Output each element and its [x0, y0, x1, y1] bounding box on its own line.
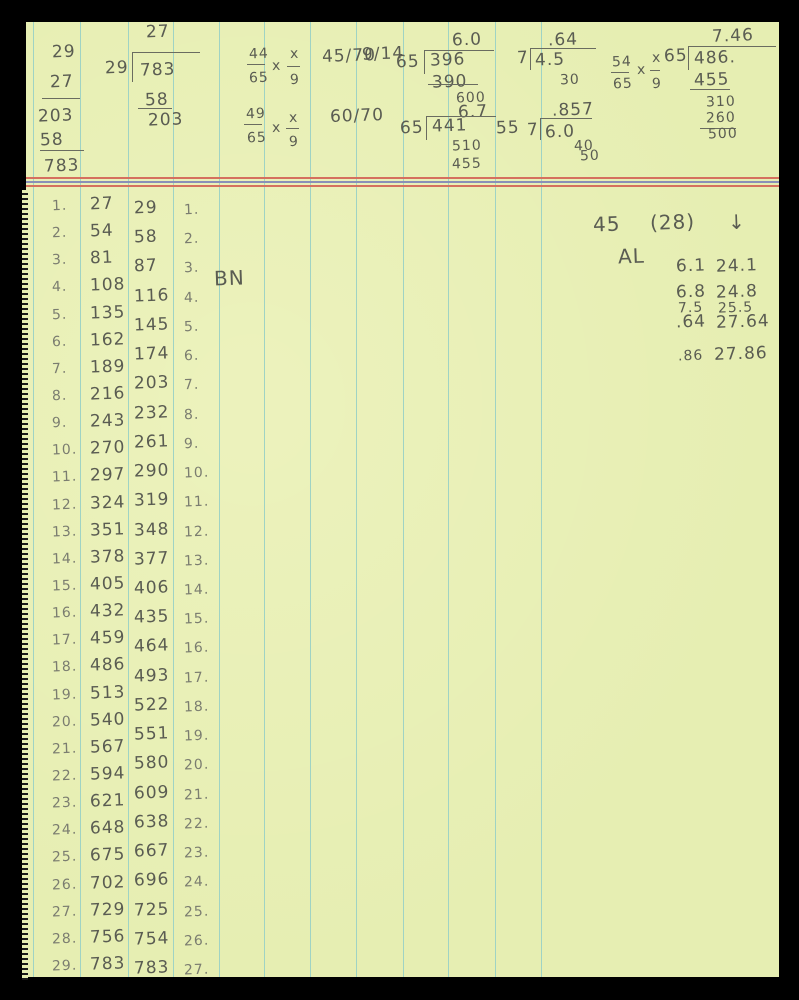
div-b-dividend: 441	[432, 115, 468, 136]
row-index-left: 2.	[52, 225, 68, 242]
multiple-27-cell: 459	[90, 628, 126, 649]
pair-b: 24.1	[716, 255, 759, 276]
frac2-xnum: x	[289, 110, 299, 126]
row-index-right: 6.	[184, 348, 200, 365]
row-index-left: 4.	[52, 279, 68, 296]
multiple-29-cell: 406	[134, 577, 170, 598]
row-index-left: 6.	[52, 333, 68, 350]
row-index-left: 1.	[52, 198, 68, 215]
multiple-27-cell: 513	[90, 682, 126, 703]
div-b-side: 55	[496, 118, 520, 139]
div-c-divisor: 7	[517, 48, 530, 68]
multiple-29-cell: 696	[134, 870, 170, 891]
row-index-right: 12.	[184, 523, 210, 540]
column-line	[80, 22, 81, 977]
multiple-29-cell: 145	[134, 314, 170, 335]
row-index-left: 18.	[52, 659, 78, 676]
frac3-den: 65	[613, 76, 633, 93]
multiple-29-cell: 522	[134, 694, 170, 715]
multiple-27-cell: 243	[90, 411, 126, 432]
row-index-left: 29.	[52, 958, 78, 975]
multiple-29-cell: 87	[134, 256, 158, 277]
multiple-27-cell: 81	[90, 248, 114, 269]
column-line	[356, 22, 357, 977]
multiple-29-cell: 261	[134, 431, 170, 452]
multiple-27-cell: 216	[90, 383, 126, 404]
row-index-right: 7.	[184, 377, 200, 394]
multiple-27-cell: 270	[90, 438, 126, 459]
row-index-left: 24.	[52, 822, 78, 839]
row-index-right: 10.	[184, 465, 210, 482]
row-index-left: 8.	[52, 388, 68, 405]
row-index-left: 7.	[52, 361, 68, 378]
row-index-left: 21.	[52, 740, 78, 757]
row-index-left: 13.	[52, 523, 78, 540]
top-number: 45	[593, 212, 621, 237]
frac1-xnum: x	[290, 46, 300, 62]
multiple-27-cell: 54	[90, 221, 114, 242]
header-rule-red	[26, 177, 779, 179]
bn-label: BN	[214, 265, 246, 290]
torn-edge	[22, 190, 28, 980]
frac1-xden: 9	[290, 72, 300, 88]
pair-a: .86	[678, 348, 704, 365]
row-index-right: 2.	[184, 231, 200, 248]
pair-a: .64	[676, 311, 707, 332]
div-d-step2: 50	[580, 148, 600, 165]
multiple-27-cell: 621	[90, 791, 126, 812]
multiple-27-cell: 702	[90, 872, 126, 893]
div1-step2: 203	[148, 109, 184, 130]
mult-partial2: 58	[40, 130, 64, 151]
column-line	[403, 22, 404, 977]
row-index-left: 20.	[52, 713, 78, 730]
row-index-right: 20.	[184, 757, 210, 774]
multiple-29-cell: 58	[134, 227, 158, 248]
div-e-step3: 260	[706, 109, 736, 126]
multiple-29-cell: 580	[134, 753, 170, 774]
multiple-29-cell: 319	[134, 490, 170, 511]
multiple-27-cell: 783	[90, 953, 126, 974]
column-line	[33, 22, 34, 977]
div-e-step1: 455	[694, 69, 730, 90]
row-index-left: 14.	[52, 550, 78, 567]
row-index-left: 22.	[52, 768, 78, 785]
row-index-right: 23.	[184, 845, 210, 862]
multiple-27-cell: 405	[90, 573, 126, 594]
row-index-left: 23.	[52, 795, 78, 812]
multiple-29-cell: 754	[134, 928, 170, 949]
row-index-right: 27.	[184, 962, 210, 979]
column-line	[264, 22, 265, 977]
row-index-left: 5.	[52, 306, 68, 323]
al-label: AL	[618, 244, 646, 269]
row-index-left: 12.	[52, 496, 78, 513]
row-index-left: 28.	[52, 930, 78, 947]
multiple-27-cell: 567	[90, 736, 126, 757]
multiple-29-cell: 116	[134, 285, 170, 306]
multiple-29-cell: 29	[134, 198, 158, 219]
div-a-quotient: 6.0	[452, 29, 483, 50]
row-index-right: 13.	[184, 552, 210, 569]
multiple-27-cell: 756	[90, 926, 126, 947]
down-arrow-icon: ↓	[728, 210, 747, 235]
row-index-right: 9.	[184, 436, 200, 453]
row-index-left: 3.	[52, 252, 68, 269]
frac2-den: 65	[247, 130, 267, 147]
header-rule-red	[26, 185, 779, 187]
multiple-29-cell: 667	[134, 840, 170, 861]
div-a-dividend: 396	[430, 49, 466, 70]
row-index-right: 3.	[184, 260, 200, 277]
multiple-29-cell: 377	[134, 548, 170, 569]
row-index-right: 14.	[184, 582, 210, 599]
row-index-right: 17.	[184, 669, 210, 686]
div-e-step2: 310	[706, 93, 736, 110]
paren-value: (28)	[650, 209, 696, 235]
row-index-right: 18.	[184, 698, 210, 715]
column-line	[310, 22, 311, 977]
multiple-29-cell: 348	[134, 519, 170, 540]
row-index-left: 15.	[52, 578, 78, 595]
row-index-left: 16.	[52, 605, 78, 622]
div-d-dividend: 6.0	[545, 121, 576, 142]
column-line	[128, 22, 129, 977]
row-index-left: 17.	[52, 632, 78, 649]
mult-partial1: 203	[38, 105, 74, 126]
multiple-27-cell: 378	[90, 546, 126, 567]
frac2-op: x	[272, 120, 282, 136]
frac2-xden: 9	[289, 134, 299, 150]
multiple-29-cell: 638	[134, 811, 170, 832]
frac1-den: 65	[249, 70, 269, 87]
multiple-27-cell: 648	[90, 818, 126, 839]
mult-b: 27	[50, 72, 74, 93]
multiple-27-cell: 675	[90, 845, 126, 866]
multiple-27-cell: 351	[90, 519, 126, 540]
multiple-27-cell: 297	[90, 465, 126, 486]
row-index-left: 27.	[52, 903, 78, 920]
row-index-right: 16.	[184, 640, 210, 657]
row-index-right: 15.	[184, 611, 210, 628]
div-b-divisor: 65	[400, 118, 424, 139]
row-index-left: 19.	[52, 686, 78, 703]
multiple-27-cell: 486	[90, 655, 126, 676]
div-c-step1: 30	[560, 72, 580, 89]
multiple-29-cell: 725	[134, 899, 170, 920]
div-a-divisor: 65	[396, 52, 420, 73]
multiple-27-cell: 189	[90, 356, 126, 377]
row-index-left: 11.	[52, 469, 78, 486]
column-line	[448, 22, 449, 977]
frac3-num: 54	[612, 54, 632, 71]
column-line	[495, 22, 496, 977]
multiple-27-cell: 432	[90, 601, 126, 622]
multiple-27-cell: 729	[90, 899, 126, 920]
multiple-27-cell: 27	[90, 194, 114, 215]
row-index-right: 11.	[184, 494, 210, 511]
multiple-27-cell: 108	[90, 275, 126, 296]
div-e-divisor: 65	[664, 46, 688, 67]
row-index-right: 25.	[184, 903, 210, 920]
multiple-29-cell: 290	[134, 460, 170, 481]
multiple-27-cell: 324	[90, 492, 126, 513]
div-d-divisor: 7	[527, 120, 540, 140]
column-line	[219, 22, 220, 977]
row-index-right: 8.	[184, 406, 200, 423]
multiple-29-cell: 174	[134, 344, 170, 365]
row-index-right: 21.	[184, 786, 210, 803]
multiple-29-cell: 435	[134, 607, 170, 628]
frac3-xden: 9	[652, 76, 662, 92]
frac3-op: x	[637, 62, 647, 78]
multiple-29-cell: 783	[134, 957, 170, 978]
ratio-60-70: 60/70	[330, 105, 385, 127]
row-index-right: 1.	[184, 202, 200, 219]
div1-quotient: 27	[146, 22, 170, 43]
div-c-dividend: 4.5	[535, 49, 566, 70]
frac3-xnum: x	[652, 50, 662, 66]
multiple-27-cell: 135	[90, 302, 126, 323]
frac1-num: 44	[249, 46, 269, 63]
row-index-right: 5.	[184, 319, 200, 336]
multiple-29-cell: 232	[134, 402, 170, 423]
multiple-29-cell: 551	[134, 724, 170, 745]
frac2-num: 49	[246, 106, 266, 123]
pair-a: 6.1	[676, 255, 707, 276]
multiple-27-cell: 162	[90, 329, 126, 350]
row-index-right: 26.	[184, 932, 210, 949]
header-rule-blue	[26, 181, 779, 183]
div-e-dividend: 486.	[694, 47, 737, 68]
pair-b: 27.64	[716, 311, 770, 333]
row-index-right: 24.	[184, 874, 210, 891]
mult-a: 29	[52, 42, 76, 63]
div1-dividend: 783	[140, 59, 176, 80]
div-e-quotient: 7.46	[712, 25, 755, 46]
pair-b: 27.86	[714, 343, 768, 365]
row-index-right: 19.	[184, 728, 210, 745]
mult-result: 783	[44, 155, 80, 176]
multiple-29-cell: 464	[134, 636, 170, 657]
row-index-left: 10.	[52, 442, 78, 459]
div-b-step1: 510	[452, 137, 482, 154]
multiple-29-cell: 609	[134, 782, 170, 803]
row-index-left: 9.	[52, 415, 68, 432]
row-index-right: 22.	[184, 815, 210, 832]
row-index-left: 25.	[52, 849, 78, 866]
div1-divisor: 29	[105, 58, 129, 79]
div-b-step2: 455	[452, 155, 482, 172]
row-index-right: 4.	[184, 289, 200, 306]
multiple-29-cell: 203	[134, 373, 170, 394]
column-line	[541, 22, 542, 977]
frac1-op: x	[272, 58, 282, 74]
multiple-29-cell: 493	[134, 665, 170, 686]
div-e-step4: 500	[708, 125, 738, 142]
column-line	[173, 22, 174, 977]
multiple-27-cell: 594	[90, 763, 126, 784]
row-index-left: 26.	[52, 876, 78, 893]
multiple-27-cell: 540	[90, 709, 126, 730]
